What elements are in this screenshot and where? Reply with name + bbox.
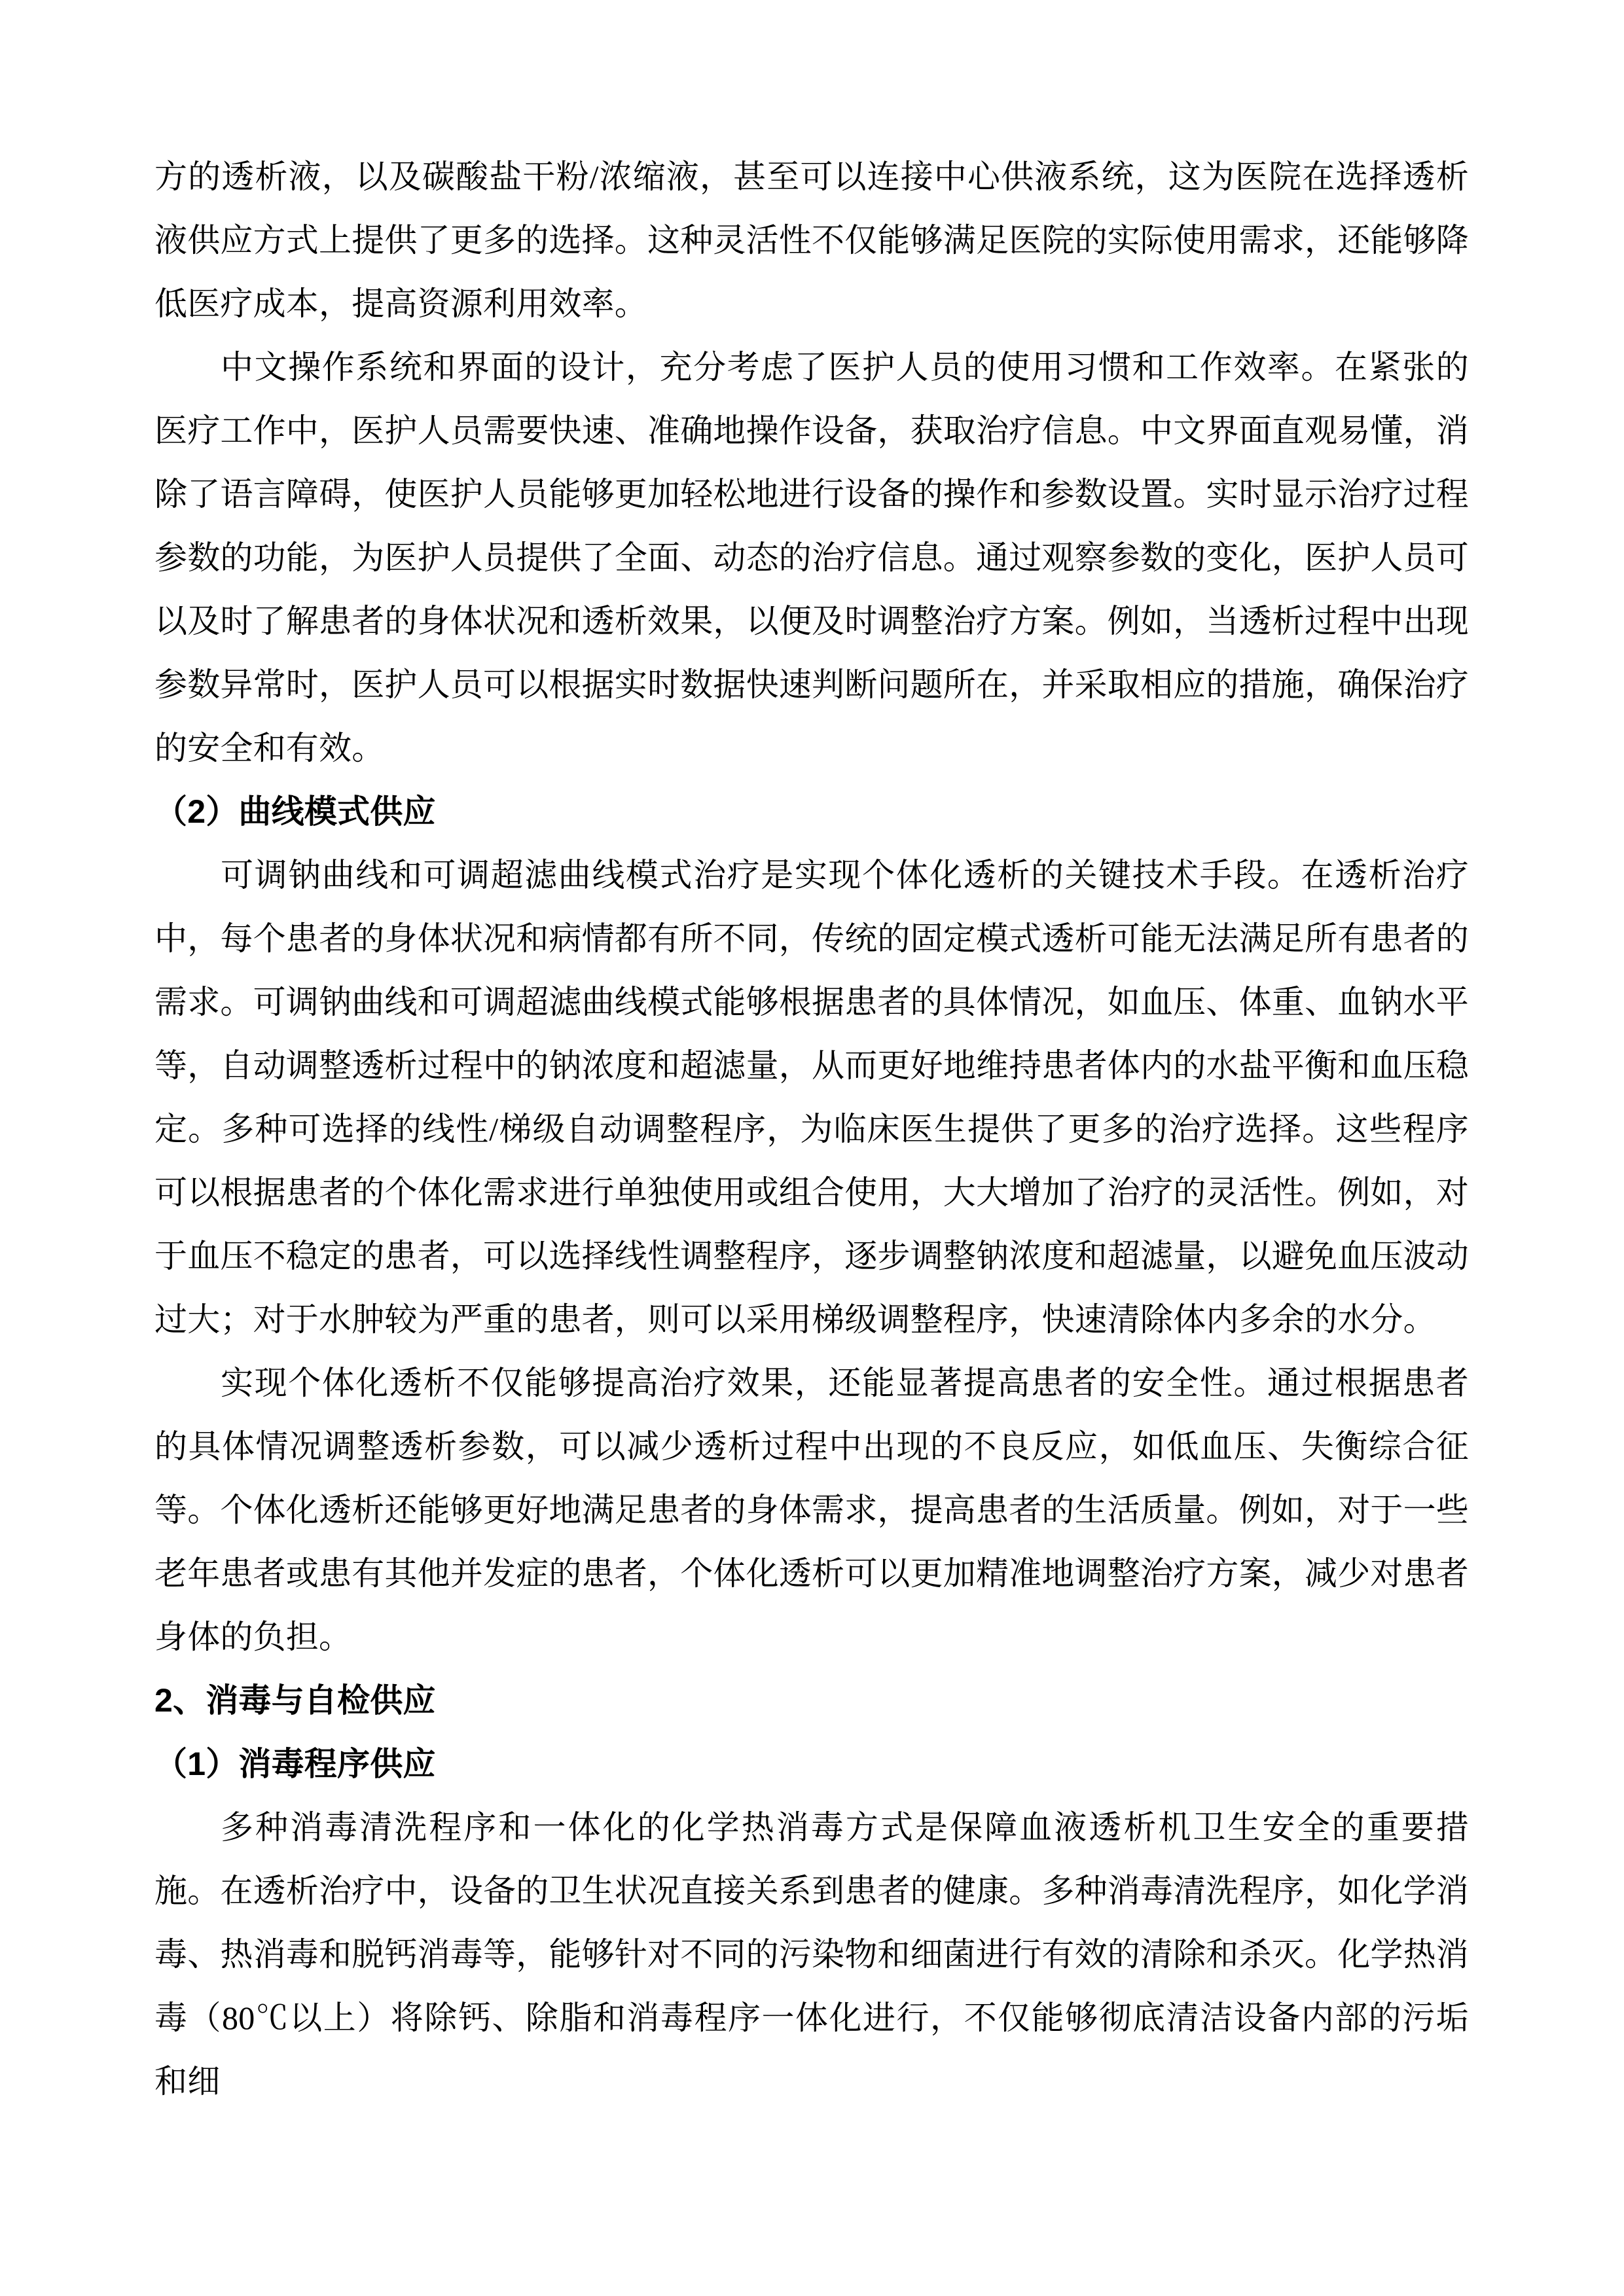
section-heading-disinfection-selfcheck: 2、消毒与自检供应 bbox=[154, 1669, 1469, 1732]
subheading-curve-mode-supply: （2）曲线模式供应 bbox=[154, 780, 1469, 844]
subheading-disinfection-program: （1）消毒程序供应 bbox=[154, 1732, 1469, 1796]
paragraph-curve-mode-detail: 可调钠曲线和可调超滤曲线模式治疗是实现个体化透析的关键技术手段。在透析治疗中，每… bbox=[154, 844, 1469, 1352]
paragraph-dialysate-supply-overflow: 方的透析液，以及碳酸盐干粉/浓缩液，甚至可以连接中心供液系统，这为医院在选择透析… bbox=[154, 145, 1469, 336]
paragraph-chinese-interface: 中文操作系统和界面的设计，充分考虑了医护人员的使用习惯和工作效率。在紧张的医疗工… bbox=[154, 336, 1469, 780]
document-page: 方的透析液，以及碳酸盐干粉/浓缩液，甚至可以连接中心供液系统，这为医院在选择透析… bbox=[0, 0, 1624, 2296]
paragraph-individualized-dialysis-benefits: 实现个体化透析不仅能够提高治疗效果，还能显著提高患者的安全性。通过根据患者的具体… bbox=[154, 1352, 1469, 1669]
paragraph-disinfection-detail: 多种消毒清洗程序和一体化的化学热消毒方式是保障血液透析机卫生安全的重要措施。在透… bbox=[154, 1796, 1469, 2113]
